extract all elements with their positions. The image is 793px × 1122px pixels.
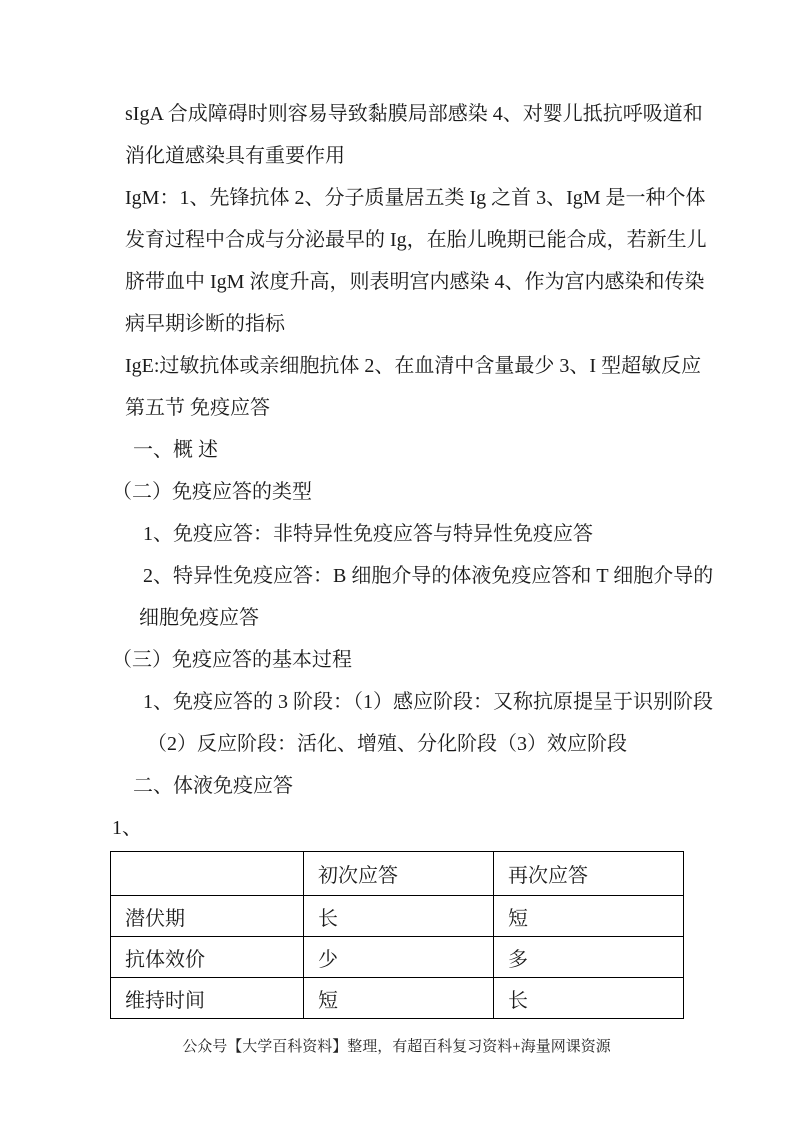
doc-line: 细胞免疫应答 (0, 597, 793, 639)
doc-line: 脐带血中 IgM 浓度升高，则表明宫内感染 4、作为宫内感染和传染 (0, 261, 793, 303)
table-cell: 短 (494, 896, 684, 937)
doc-line: 消化道感染具有重要作用 (0, 135, 793, 177)
doc-line: IgE:过敏抗体或亲细胞抗体 2、在血清中含量最少 3、I 型超敏反应 (0, 345, 793, 387)
table-cell: 潜伏期 (111, 896, 304, 937)
table-cell: 短 (304, 978, 494, 1019)
doc-line: 2、特异性免疫应答：B 细胞介导的体液免疫应答和 T 细胞介导的 (0, 555, 793, 597)
subsection-heading: 一、概 述 (0, 429, 793, 471)
table-header-cell: 再次应答 (494, 852, 684, 896)
table-row: 维持时间 短 长 (111, 978, 684, 1019)
table-cell: 长 (494, 978, 684, 1019)
doc-line: （2）反应阶段：活化、增殖、分化阶段（3）效应阶段 (0, 723, 793, 765)
table-header-cell: 初次应答 (304, 852, 494, 896)
primary-vs-secondary-response-table: 初次应答 再次应答 潜伏期 长 短 抗体效价 少 多 维持时间 短 长 (110, 851, 684, 1019)
subsection-heading: （三）免疫应答的基本过程 (0, 639, 793, 681)
table-row: 抗体效价 少 多 (111, 937, 684, 978)
table-header-cell (111, 852, 304, 896)
table-row: 潜伏期 长 短 (111, 896, 684, 937)
table-cell: 抗体效价 (111, 937, 304, 978)
table-cell: 多 (494, 937, 684, 978)
table-cell: 长 (304, 896, 494, 937)
section-heading: 第五节 免疫应答 (0, 387, 793, 429)
doc-line: 病早期诊断的指标 (0, 303, 793, 345)
doc-line: 1、 (0, 807, 793, 849)
doc-line: 1、免疫应答：非特异性免疫应答与特异性免疫应答 (0, 513, 793, 555)
doc-line: IgM：1、先锋抗体 2、分子质量居五类 Ig 之首 3、IgM 是一种个体 (0, 177, 793, 219)
table-cell: 少 (304, 937, 494, 978)
document-body: sIgA 合成障碍时则容易导致黏膜局部感染 4、对婴儿抵抗呼吸道和 消化道感染具… (0, 93, 793, 1019)
page-footer: 公众号【大学百科资料】整理，有超百科复习资料+海量网课资源 (0, 1036, 793, 1058)
subsection-heading: 二、体液免疫应答 (0, 765, 793, 807)
table-header-row: 初次应答 再次应答 (111, 852, 684, 896)
doc-line: sIgA 合成障碍时则容易导致黏膜局部感染 4、对婴儿抵抗呼吸道和 (0, 93, 793, 135)
document-page: sIgA 合成障碍时则容易导致黏膜局部感染 4、对婴儿抵抗呼吸道和 消化道感染具… (0, 0, 793, 1122)
doc-line: 发育过程中合成与分泌最早的 Ig，在胎儿晚期已能合成，若新生儿 (0, 219, 793, 261)
table-cell: 维持时间 (111, 978, 304, 1019)
doc-line: 1、免疫应答的 3 阶段：（1）感应阶段：又称抗原提呈于识别阶段 (0, 681, 793, 723)
subsection-heading: （二）免疫应答的类型 (0, 471, 793, 513)
